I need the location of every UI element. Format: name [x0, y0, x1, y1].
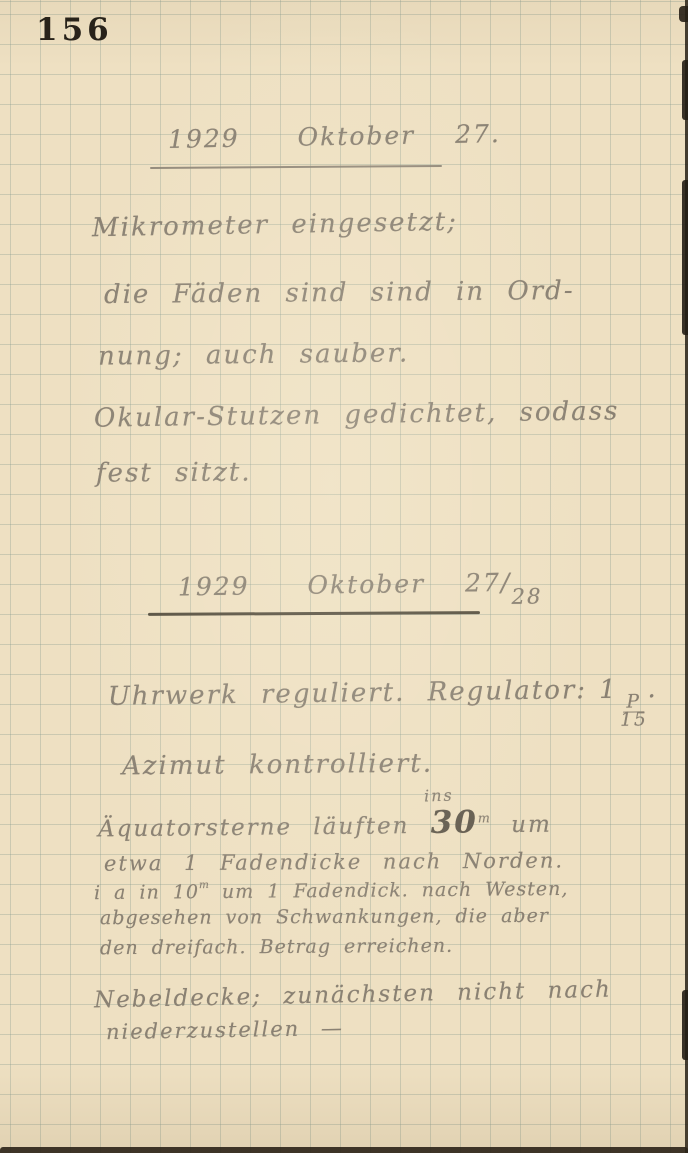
handwriting-line: fest sitzt. — [96, 457, 252, 488]
entry-2-heading-underline — [148, 611, 480, 616]
entry-1-heading-underline — [150, 165, 442, 169]
entry-1-day: 27. — [455, 119, 501, 149]
regulator-text: Uhrwerk reguliert. Regulator: — [108, 675, 588, 712]
duration-unit: m — [478, 810, 490, 825]
handwriting-line: nung; auch sauber. — [98, 338, 409, 371]
handwriting-line: Azimut kontrolliert. — [122, 749, 433, 782]
entry-2-day-slash: / — [501, 568, 512, 597]
entry-2-day-bottom: 28 — [511, 584, 542, 609]
scan-edge-bottom — [0, 1147, 688, 1153]
handwriting-line: die Fäden sind sind in Ord- — [104, 276, 575, 310]
duration-value: 30 — [431, 804, 479, 840]
handwriting-line: Äquatorsterne läuften 30m um — [98, 804, 552, 845]
scan-edge-blob — [682, 180, 688, 335]
west-drift-value: 10 — [173, 881, 199, 903]
notebook-page-scan: 156 1929Oktober27. Mikrometer eingesetzt… — [0, 0, 688, 1153]
entry-1-year: 1929 — [168, 124, 240, 154]
handwriting-line: Nebeldecke; zunächsten nicht nach — [94, 977, 612, 1014]
handwriting-line: Okular-Stutzen gedichtet, sodass — [94, 396, 620, 433]
entry-2-heading: 1929Oktober27/28 — [178, 567, 543, 614]
fraction-denominator: 15 — [620, 712, 648, 728]
west-drift-post: um 1 Fadendick. nach Westen, — [222, 878, 569, 903]
handwriting-line: Uhrwerk reguliert. Regulator:1P15. — [108, 674, 659, 735]
insertion-above-line: ins — [424, 785, 454, 805]
fraction-tail: . — [647, 674, 658, 704]
scan-corner-mark — [679, 6, 688, 22]
fraction-lead: 1 — [599, 675, 618, 705]
entry-2-month: Oktober — [307, 569, 425, 600]
handwriting-line: niederzustellen — — [106, 1016, 344, 1044]
handwriting-line: i a in 10m um 1 Fadendick. nach Westen, — [94, 876, 569, 904]
entry-2-year: 1929 — [178, 572, 250, 602]
entry-1-month: Oktober — [297, 121, 415, 152]
scan-edge-blob — [682, 990, 688, 1060]
fraction: P15 — [620, 694, 648, 728]
scan-edge-blob — [682, 60, 688, 120]
west-drift-pre: i a in — [94, 881, 160, 904]
duration-post: um — [511, 812, 552, 838]
equator-stars-text: Äquatorsterne läuften — [98, 813, 410, 842]
west-drift-unit: m — [199, 879, 209, 891]
entry-1-heading: 1929Oktober27. — [168, 119, 501, 154]
handwriting-line: abgesehen von Schwankungen, die aber — [100, 905, 549, 929]
handwriting-line: etwa 1 Fadendicke nach Norden. — [104, 848, 564, 875]
page-number: 156 — [36, 12, 113, 48]
handwriting-line: den dreifach. Betrag erreichen. — [100, 935, 453, 959]
entry-2-day-top: 27 — [465, 568, 501, 597]
handwriting-line: Mikrometer eingesetzt; — [92, 207, 458, 243]
